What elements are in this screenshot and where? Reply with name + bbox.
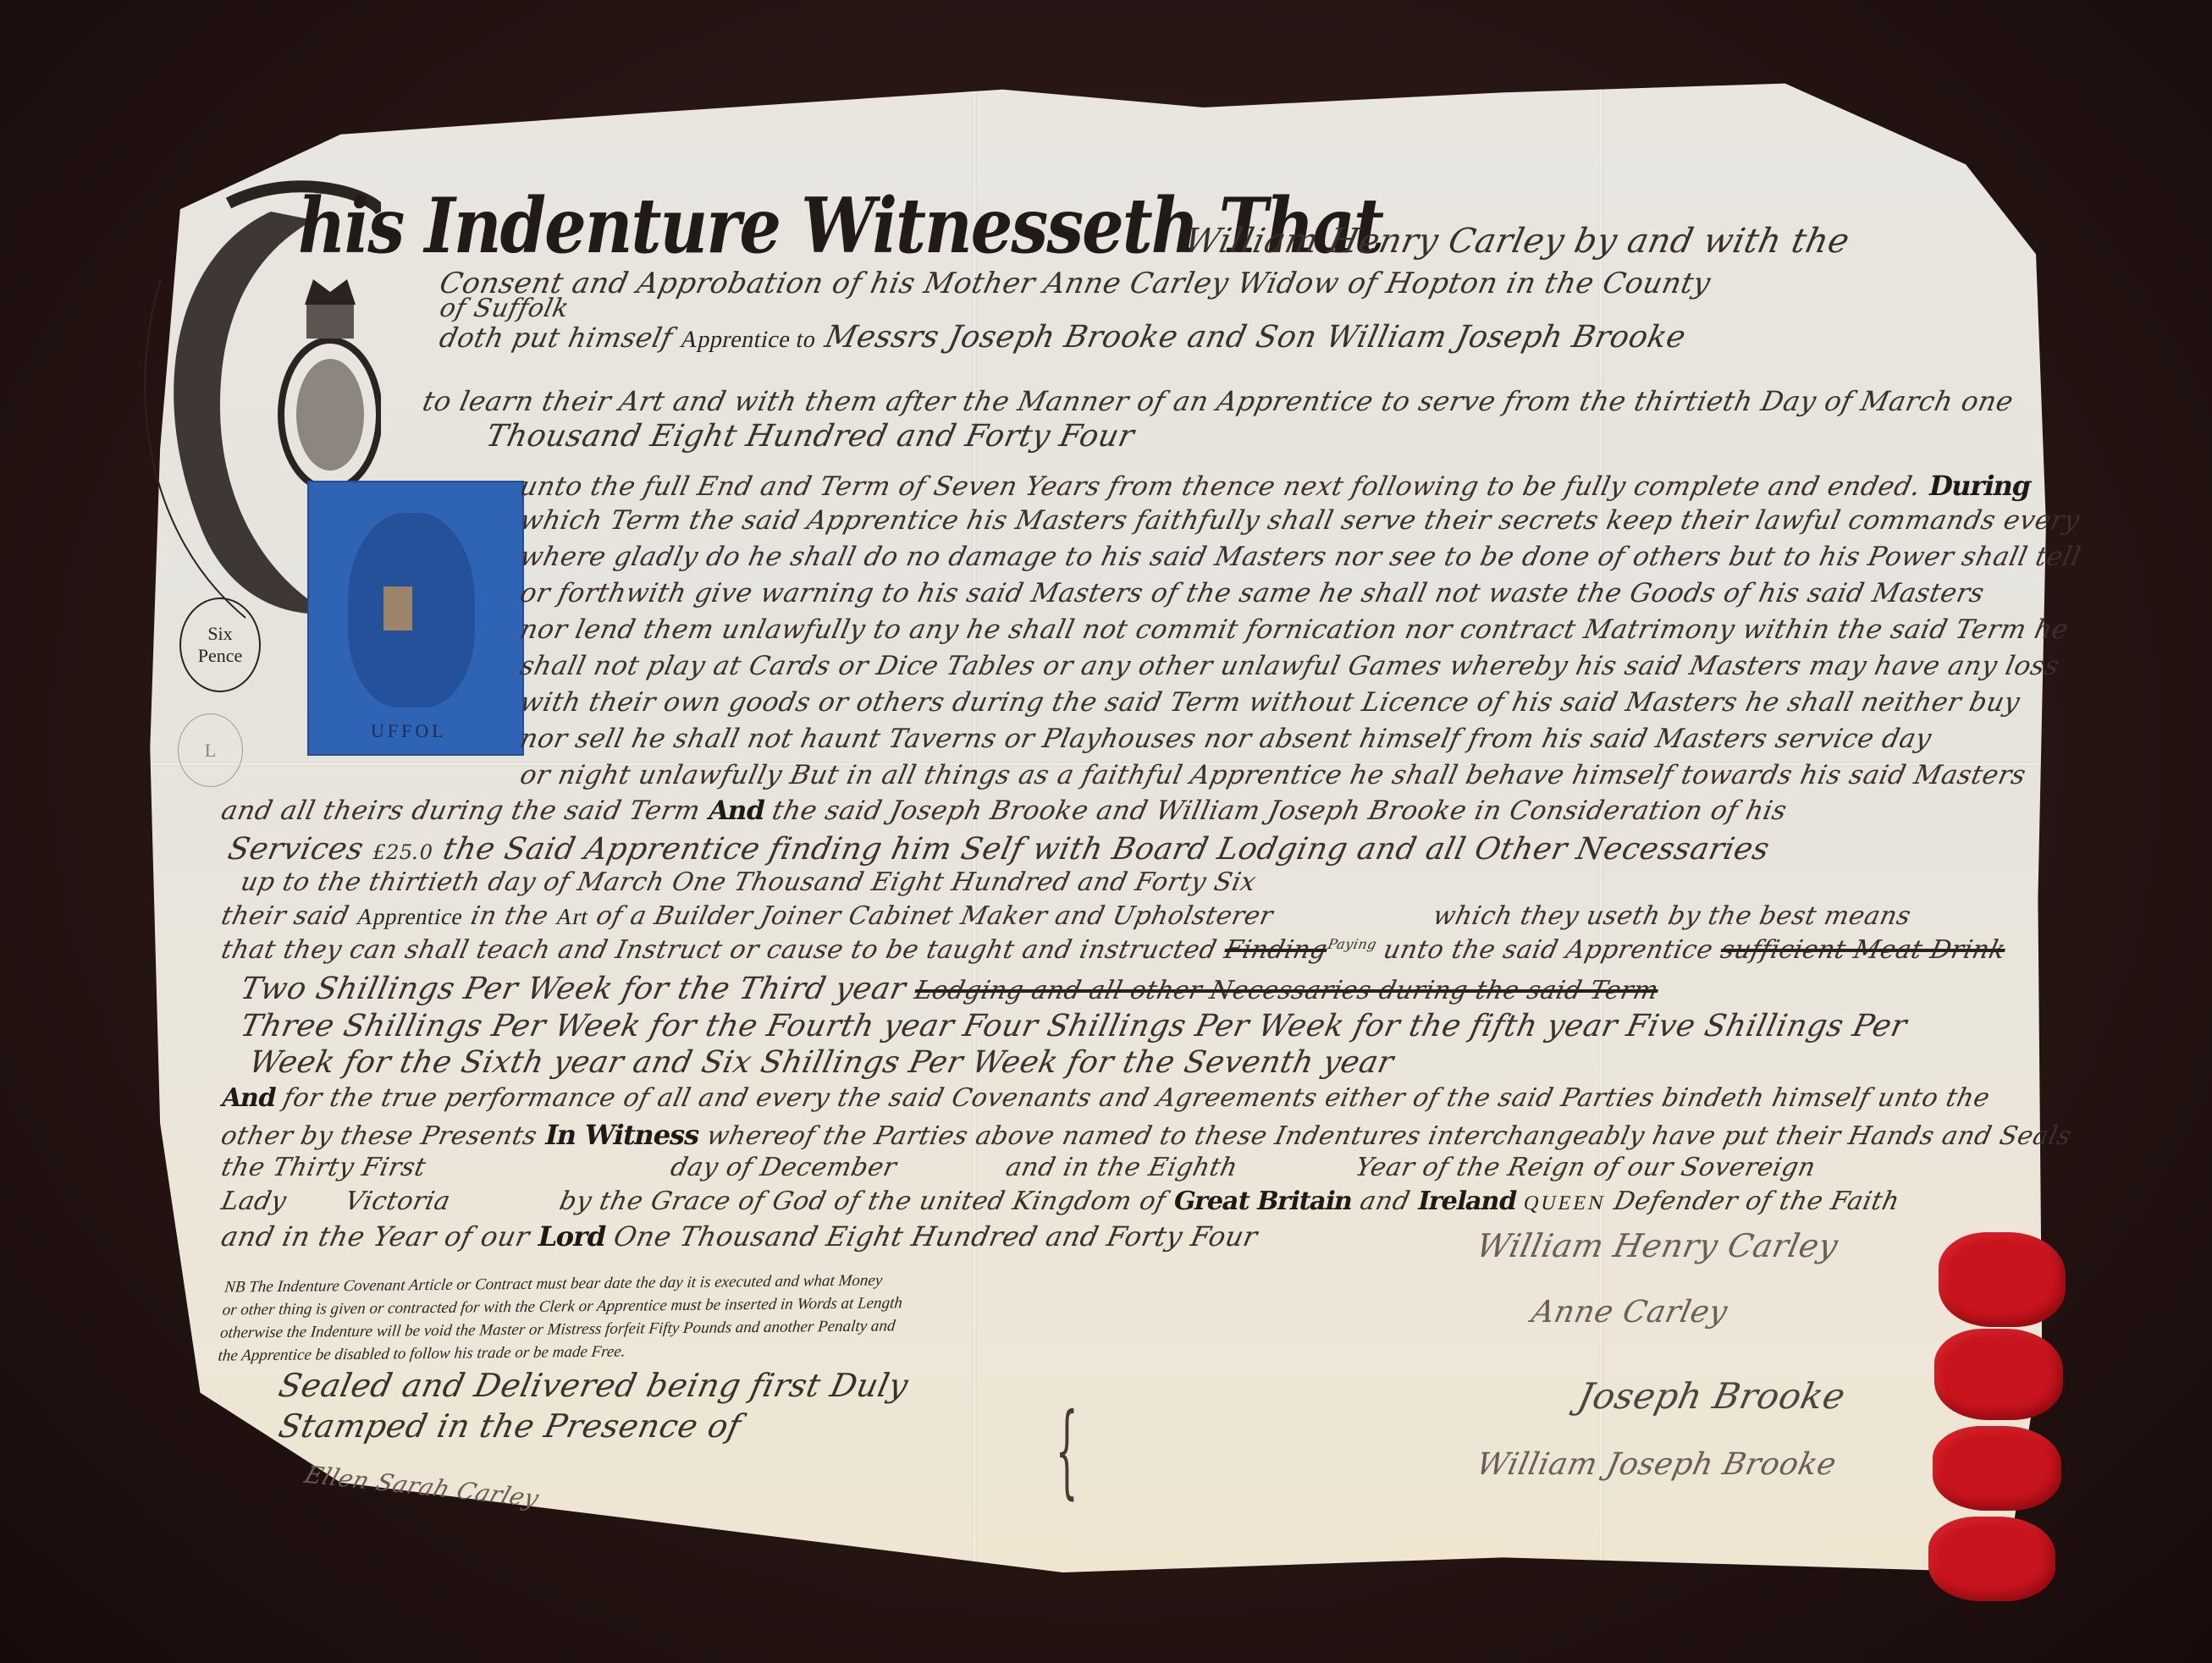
legal-notice: NB The Indenture Covenant Article or Con… [217, 1266, 1140, 1367]
body-line: with their own goods or others during th… [517, 687, 2022, 718]
attestation-line-1: Sealed and Delivered being first Duly [275, 1367, 912, 1404]
line-masters-covenant: and all theirs during the said Term And … [218, 796, 1790, 826]
body-line: nor sell he shall not haunt Taverns or P… [517, 724, 1934, 754]
line-instruct: that they can shall teach and Instruct o… [218, 935, 2008, 965]
line-term: unto the full End and Term of Seven Year… [517, 470, 2034, 502]
line-until: up to the thirtieth day of March One Tho… [238, 867, 1259, 897]
line-date: the Thirty First day of December and in … [218, 1153, 1818, 1182]
body-line: nor lend them unlawfully to any he shall… [517, 614, 2071, 645]
line-put-himself: doth put himself Apprentice to Messrs Jo… [437, 320, 1690, 355]
line-witness: other by these Presents In Witness where… [218, 1119, 2075, 1151]
wax-seal-4 [1928, 1517, 2055, 1601]
body-line: which Term the said Apprentice his Maste… [517, 505, 2082, 536]
signature-william-joseph-brooke: William Joseph Brooke [1474, 1447, 1840, 1482]
signature-anne-carley: Anne Carley [1529, 1295, 1731, 1330]
line-year-start: Thousand Eight Hundred and Forty Four [483, 419, 1138, 454]
line-consent: Consent and Approbation of his Mother An… [437, 267, 1714, 300]
six-pence-stamp: Six Pence [179, 597, 261, 692]
stamp-county-text: UFFOL [371, 720, 447, 742]
wage-line-sixth-seventh: Week for the Sixth year and Six Shilling… [246, 1045, 1397, 1080]
wage-line-fourth-fifth: Three Shillings Per Week for the Fourth … [238, 1009, 1911, 1044]
attestation-line-2: Stamped in the Presence of [275, 1407, 744, 1445]
signature-william-henry-carley: William Henry Carley [1473, 1227, 1841, 1264]
line-year-lord: and in the Year of our Lord One Thousand… [218, 1220, 1260, 1253]
consideration-amount: £25.0 [370, 840, 435, 864]
signature-joseph-brooke: Joseph Brooke [1575, 1375, 1850, 1417]
line-sovereign: Lady Victoria by the Grace of God of the… [218, 1187, 1902, 1216]
line-trade: their said Apprentice in the Art of a Bu… [218, 901, 1913, 931]
line-county: of Suffolk [437, 294, 571, 323]
wax-seal-3 [1933, 1426, 2061, 1511]
body-line: or night unlawfully But in all things as… [517, 760, 2028, 790]
line-learn-art: to learn their Art and with them after t… [420, 385, 2016, 417]
wage-line-third-year: Two Shillings Per Week for the Third yea… [238, 972, 1663, 1006]
body-line: shall not play at Cards or Dice Tables o… [517, 651, 2062, 681]
apprentice-name: William Henry Carley by and with the [1181, 222, 1853, 261]
body-line: or forthwith give warning to his said Ma… [517, 578, 1987, 608]
circle-mark-stamp: L [178, 713, 243, 787]
foil-tag [383, 586, 412, 631]
brace: { [1056, 1392, 1078, 1510]
wax-seal-1 [1939, 1232, 2066, 1327]
line-services: Services £25.0 the Said Apprentice findi… [225, 832, 1773, 867]
body-line: where gladly do he shall do no damage to… [517, 542, 2083, 572]
blue-duty-stamp: UFFOL [307, 481, 524, 756]
wax-seal-2 [1934, 1329, 2063, 1420]
line-performance: And for the true performance of all and … [218, 1083, 1992, 1113]
